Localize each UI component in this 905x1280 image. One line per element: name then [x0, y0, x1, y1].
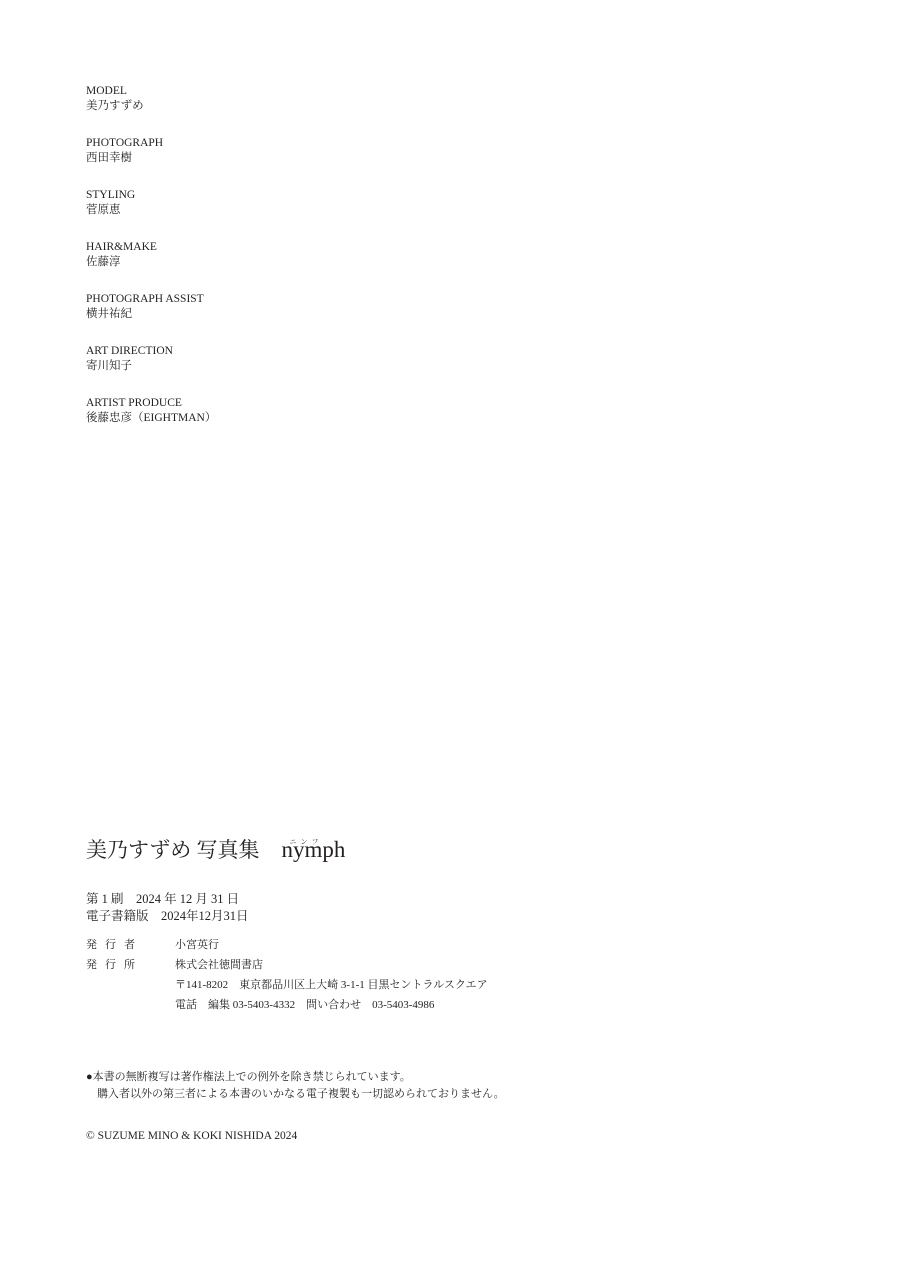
publisher-phone: 電話 編集 03-5403-4332 問い合わせ 03-5403-4986 — [175, 995, 488, 1015]
credit-artist-produce: ARTIST PRODUCE 後藤忠彦（EIGHTMAN） — [86, 396, 216, 448]
edition-dates: 第 1 刷 2024 年 12 月 31 日 電子書籍版 2024年12月31日 — [86, 891, 249, 925]
credit-model: MODEL 美乃すずめ — [86, 84, 216, 136]
title-english: ニンフ nymph — [281, 836, 345, 864]
office-row: 発行所 株式会社徳間書店 — [86, 955, 488, 975]
credit-photograph: PHOTOGRAPH 西田幸樹 — [86, 136, 216, 188]
credit-role: STYLING — [86, 188, 216, 202]
copy-notice: ●本書の無断複写は著作権法上での例外を除き禁じられています。 購入者以外の第三者… — [86, 1069, 505, 1103]
issuer-label: 発行者 — [86, 935, 175, 955]
ebook-date: 電子書籍版 2024年12月31日 — [86, 908, 249, 925]
credit-name: 西田幸樹 — [86, 150, 216, 166]
credit-role: PHOTOGRAPH ASSIST — [86, 292, 216, 306]
office-label: 発行所 — [86, 955, 175, 975]
credit-name: 美乃すずめ — [86, 98, 216, 114]
credit-role: ART DIRECTION — [86, 344, 216, 358]
publisher-address: 〒141-8202 東京都品川区上大崎 3-1-1 目黒セントラルスクエア — [175, 975, 488, 995]
credit-role: HAIR&MAKE — [86, 240, 216, 254]
credit-name: 後藤忠彦（EIGHTMAN） — [86, 410, 216, 426]
title-japanese: 美乃すずめ 写真集 — [86, 836, 259, 864]
credits-list: MODEL 美乃すずめ PHOTOGRAPH 西田幸樹 STYLING 菅原恵 … — [86, 84, 216, 448]
publisher-info: 発行者 小宮英行 発行所 株式会社徳間書店 〒141-8202 東京都品川区上大… — [86, 935, 488, 1015]
notice-line-2: 購入者以外の第三者による本書のいかなる電子複製も一切認められておりません。 — [86, 1086, 505, 1103]
credit-styling: STYLING 菅原恵 — [86, 188, 216, 240]
credit-hair-make: HAIR&MAKE 佐藤淳 — [86, 240, 216, 292]
credit-name: 寄川知子 — [86, 358, 216, 374]
office-name: 株式会社徳間書店 — [175, 955, 263, 975]
issuer-name: 小宮英行 — [175, 935, 219, 955]
credit-name: 菅原恵 — [86, 202, 216, 218]
credit-role: ARTIST PRODUCE — [86, 396, 216, 410]
credit-role: PHOTOGRAPH — [86, 136, 216, 150]
credit-photograph-assist: PHOTOGRAPH ASSIST 横井祐紀 — [86, 292, 216, 344]
copyright-line: © SUZUME MINO & KOKI NISHIDA 2024 — [86, 1128, 297, 1144]
credit-art-direction: ART DIRECTION 寄川知子 — [86, 344, 216, 396]
credit-role: MODEL — [86, 84, 216, 98]
issuer-row: 発行者 小宮英行 — [86, 935, 488, 955]
book-title: 美乃すずめ 写真集 ニンフ nymph — [86, 836, 345, 864]
notice-line-1: ●本書の無断複写は著作権法上での例外を除き禁じられています。 — [86, 1069, 505, 1086]
credit-name: 佐藤淳 — [86, 254, 216, 270]
credit-name: 横井祐紀 — [86, 306, 216, 322]
title-ruby: ニンフ — [289, 828, 322, 856]
first-print-date: 第 1 刷 2024 年 12 月 31 日 — [86, 891, 249, 908]
